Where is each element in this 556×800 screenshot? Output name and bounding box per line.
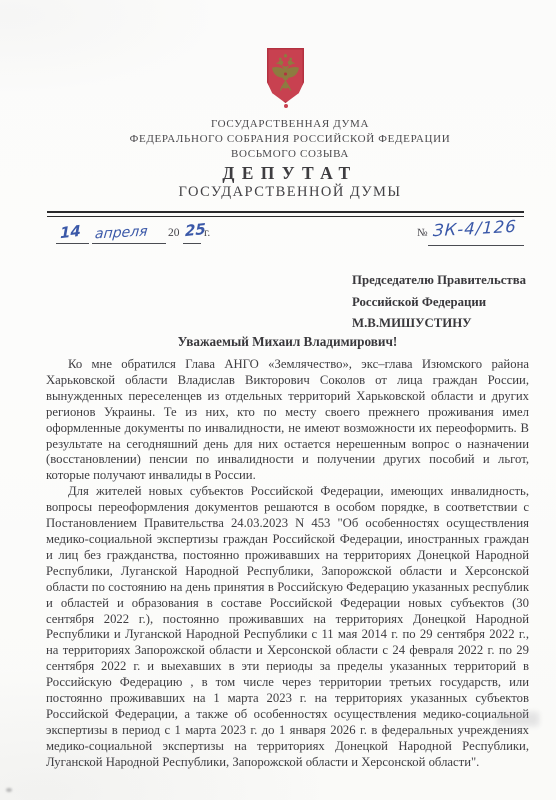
letterhead-emblem <box>267 48 304 103</box>
day-blank-line <box>56 243 89 244</box>
deputy-title: ДЕПУТАТ <box>18 163 556 184</box>
year-unit-label: г. <box>204 227 210 239</box>
letter-body: Ко мне обратился Глава АНГО «Землячество… <box>46 357 529 771</box>
date-and-number-row: 14 апреля 20 25 г. № ЗК-4/126 <box>0 221 556 247</box>
deputy-letter-document: ГОСУДАРСТВЕННАЯ ДУМА ФЕДЕРАЛЬНОГО СОБРАН… <box>0 0 556 800</box>
salutation: Уважаемый Михаил Владимирович! <box>46 334 529 350</box>
number-blank-line <box>428 245 524 246</box>
org-name-line2: ФЕДЕРАЛЬНОГО СОБРАНИЯ РОССИЙСКОЙ ФЕДЕРАЦ… <box>18 132 556 147</box>
letterhead-org-block: ГОСУДАРСТВЕННАЯ ДУМА ФЕДЕРАЛЬНОГО СОБРАН… <box>18 117 556 162</box>
year-blank-line <box>183 243 201 244</box>
shield-tip <box>284 104 288 108</box>
addressee-block: Председателю Правительства Российской Фе… <box>352 270 526 335</box>
handwritten-day: 14 <box>60 222 81 243</box>
double-headed-eagle-icon <box>270 53 301 95</box>
printed-year-prefix: 20 <box>168 227 180 239</box>
handwritten-month: апреля <box>94 224 148 243</box>
faint-scan-artifact <box>497 712 539 726</box>
body-paragraph-2: Для жителей новых субъектов Российской Ф… <box>46 484 529 770</box>
org-name-line3: ВОСЬМОГО СОЗЫВА <box>18 147 556 162</box>
org-name-line1: ГОСУДАРСТВЕННАЯ ДУМА <box>18 117 556 132</box>
addressee-line3: М.В.МИШУСТИНУ <box>352 313 526 335</box>
number-sign: № <box>417 227 428 239</box>
handwritten-doc-number: ЗК-4/126 <box>433 217 518 240</box>
scan-dot-artifact <box>6 788 12 792</box>
addressee-line1: Председателю Правительства <box>352 270 526 292</box>
deputy-subtitle: ГОСУДАРСТВЕННОЙ ДУМЫ <box>18 184 556 201</box>
letterhead-divider-rule <box>47 211 524 217</box>
body-paragraph-1: Ко мне обратился Глава АНГО «Землячество… <box>46 357 529 484</box>
month-blank-line <box>92 243 166 244</box>
handwritten-year-suffix: 25 <box>185 220 206 240</box>
addressee-line2: Российской Федерации <box>352 292 526 314</box>
